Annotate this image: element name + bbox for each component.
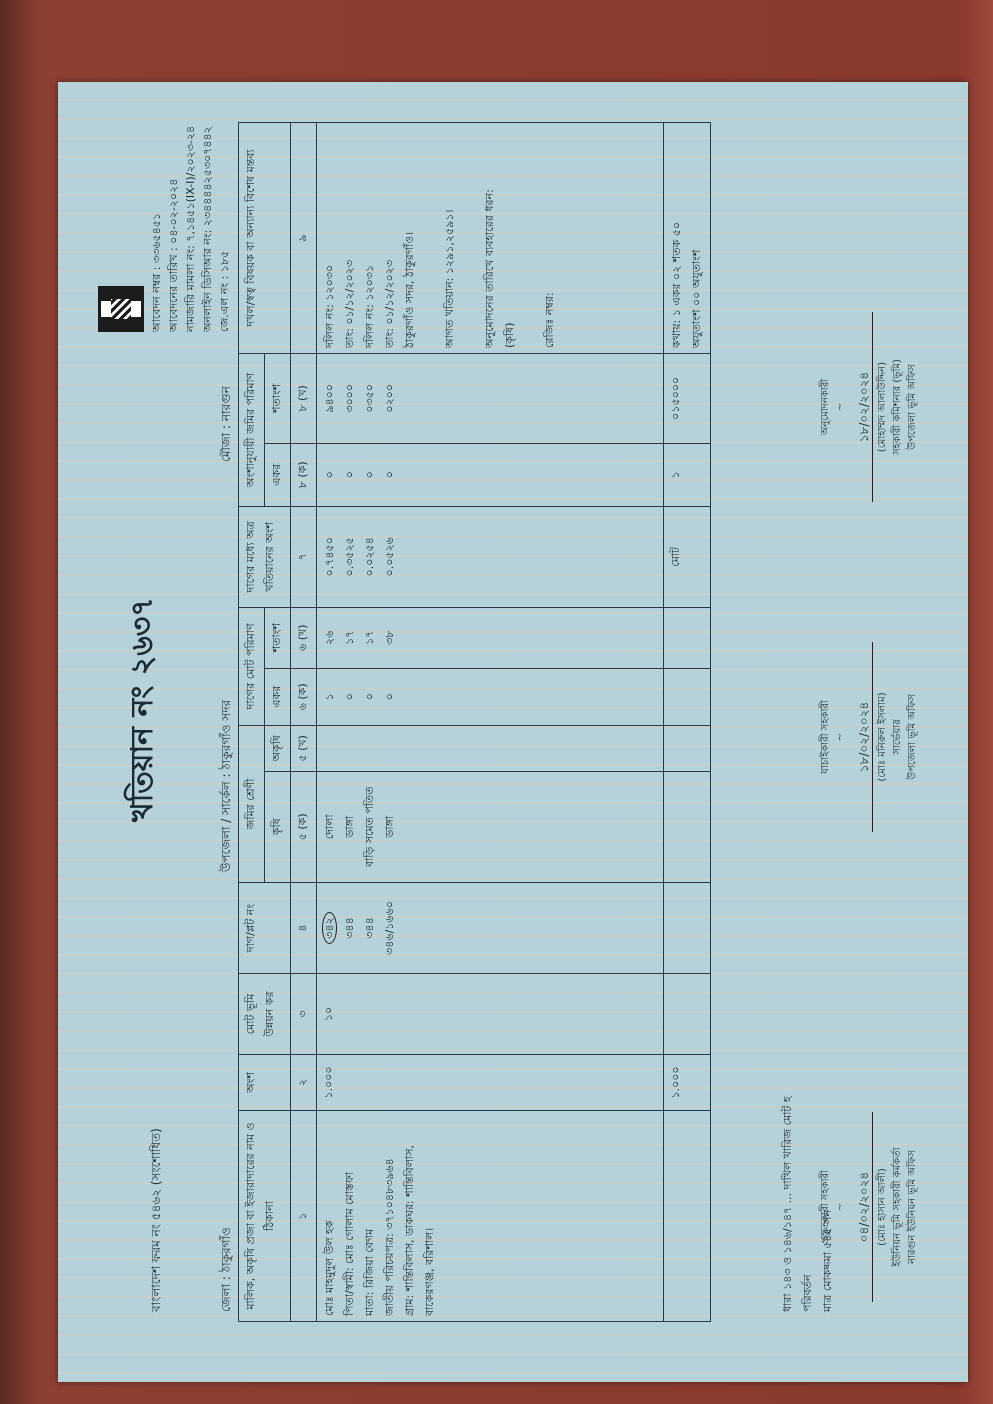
header-land-class: জমির শ্রেণী [239,725,265,882]
mouza: মৌজা : নারগুন [218,386,238,462]
page-title: খতিয়ান নং ২৬৩৭ [118,597,169,822]
total-decimal: ০১৫০০০ [664,354,711,444]
share-acre-cell: ০ ০ ০ ০ [317,443,664,506]
header-owner: মালিক, অকৃষি প্রজা বা ইজারাদারের নাম ও ঠ… [239,1111,291,1322]
total-acre: ১ [664,443,711,506]
qr-code-icon [98,286,144,332]
land-class-cell: দোলা ডাঙ্গা বাড়ি সমেত পতিত ডাঙ্গা [317,771,664,882]
location-row: জেলা : ঠাকুরগাঁও উপজেলা / সার্কেল : ঠাকু… [218,132,238,1312]
portion-cell: ০.৭৪৫০ ০.৩৫২৫ ০.০২৫৪ ০.০৫২৬ [317,506,664,607]
acre-cell: ১ ০ ০ ০ [317,668,664,725]
header-share-area: অংশানুযায়ী জমির পরিমাণ [239,354,265,507]
decimal-cell: ২৬ ১৭ ১৭ ৩৮ [317,607,664,668]
header-total-area: দাগের মোট পরিমাণ [239,607,265,725]
share-decimal-cell: ৯৪০০ ৩০০০ ০৩৫০ ০২০০ [317,354,664,444]
application-info: আবেদন নম্বর : ৩৩৬৫৪৫১ আবেদনের তারিখ : ০৪… [98,112,233,332]
total-row: ১.০০০ মোট ১ ০১৫০০০ কথায়: ১ একর ০২ শতক ৫… [664,123,711,1322]
total-in-words: কথায়: ১ একর ০২ শতক ৫০ অযুতাংশ ০০ অযুতাং… [664,123,711,354]
header-share: অংশ [239,1055,291,1111]
owner-cell: মোঃ মাহমুদুল উল হক পিতা/স্বামী: মোঃ গোলা… [317,1111,664,1322]
signature-scribble: ~ [833,312,849,502]
non-agri-cell [317,725,664,771]
application-date: আবেদনের তারিখ : ০৪-০২-২০২৪ [165,112,182,332]
header-revenue: মোট ভূমি উন্নয়ন কর [239,974,291,1055]
column-number-row: ১ ২ ৩ ৪ ৫ (ক) ৫ (খ) ৬ (ক) ৬ (খ) ৭ ৮ (ক) … [291,123,317,1322]
header-dag: দাগ/প্লট নং [239,883,291,974]
signature-scribble: ~ [833,642,849,832]
subheader-acre: একর [265,668,291,725]
header-remarks: দখল/স্বত্ব বিষয়ক বা অন্যান্য বিশেষ মন্ত… [239,123,291,354]
header-portion: দাগের মধ্যে অত্র খতিয়ানের অংশ [239,506,291,607]
khatian-document: বাংলাদেশ ফরম নং ৫৪৬২ (সংশোধিত) খতিয়ান ন… [58,82,968,1382]
subheader-agri: কৃষি [265,771,291,882]
upazila: উপজেলা / সার্কেল : ঠাকুরগাঁও সদর [218,700,238,872]
signature-verifier: যাচাইকারী সহকারী ~ ১৮/০২/২০২৪ (মোঃ মনিরু… [818,642,920,832]
subheader-decimal: শতাংশ [265,607,291,668]
subheader-share-decimal: শতাংশ [265,354,291,444]
online-dcr: অনলাইন ডিসিআর নং: ২৩৪৪৪৪২৫৩০৭৪৪২ [199,112,216,332]
signature-approver: অনুমোদনকারী ~ ১৮/০২/২০২৪ (মোহাম্মদ আলাউদ… [818,312,920,502]
total-label: মোট [664,506,711,607]
mutation-case: নামজারি মামলা নং: ৭,১৪৫১(IX-I)/২০২৩-২৪ [182,112,199,332]
application-number: আবেদন নম্বর : ৩৩৬৫৪৫১ [148,112,165,332]
table-row: মোঃ মাহমুদুল উল হক পিতা/স্বামী: মোঃ গোলা… [317,123,664,1322]
form-number: বাংলাদেশ ফরম নং ৫৪৬২ (সংশোধিত) [148,1128,168,1312]
district: জেলা : ঠাকুরগাঁও [218,1227,238,1312]
signature-preparer: প্রস্তুতকারী সহকারী ~ ০৪/০২/২০২৪ (মোঃ হা… [818,1112,920,1302]
total-share: ১.০০০ [664,1055,711,1111]
remarks-cell: দলিল নং: ১২০৩০ তাং: ০১/১২/২০২৩ দলিল নং: … [317,123,664,354]
revenue-cell: ১০ [317,974,664,1055]
dag-cell: ৩৪২ ৩৪৪ ৩৪৪ ৩৪৬/১৬৬০ [317,883,664,974]
share-cell: ১.০০০ [317,1055,664,1111]
dag-circled: ৩৪২ [322,912,337,943]
signature-scribble: ~ [833,1112,849,1302]
subheader-non-agri: অকৃষি [265,725,291,771]
header-row: মালিক, অকৃষি প্রজা বা ইজারাদারের নাম ও ঠ… [239,123,265,1322]
subheader-share-acre: একর [265,443,291,506]
khatian-table: মালিক, অকৃষি প্রজা বা ইজারাদারের নাম ও ঠ… [238,122,711,1322]
